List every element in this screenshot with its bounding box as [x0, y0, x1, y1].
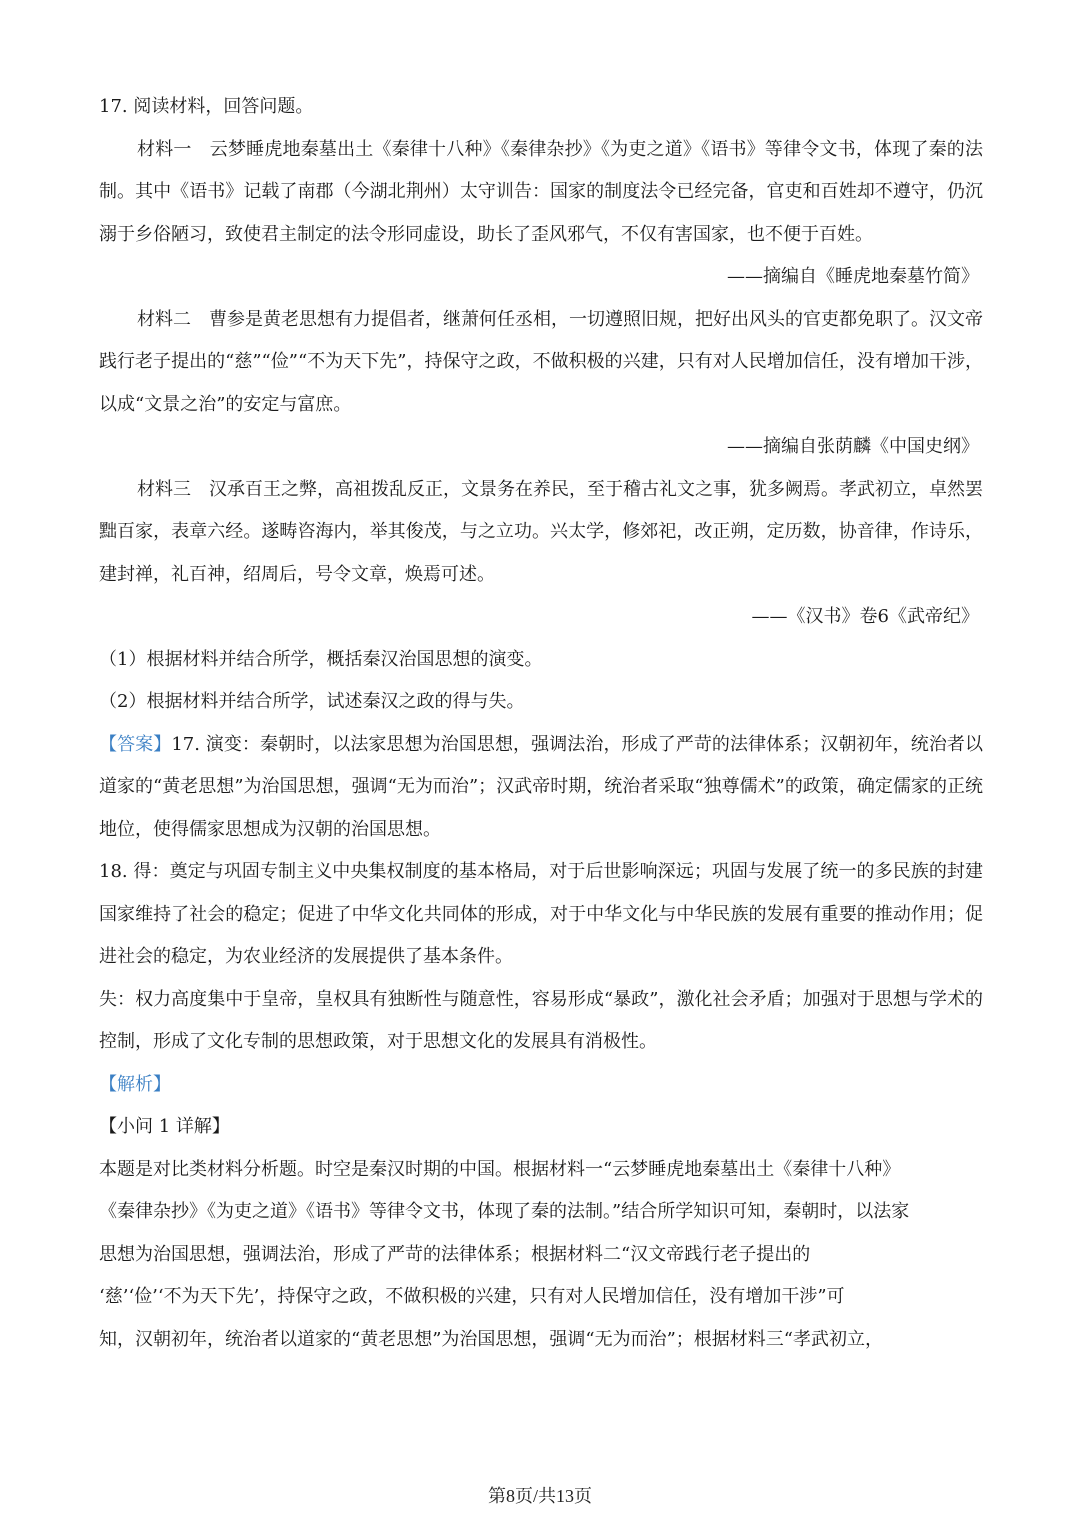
answer-label: 【答案】	[99, 734, 171, 755]
material-3-source: ——《汉书》卷6《武帝纪》	[99, 596, 983, 639]
material-2-text: 材料二 曹参是黄老思想有力提倡者，继萧何任丞相，一切遵照旧规，把好出风头的官吏都…	[99, 299, 983, 427]
material-3-text: 材料三 汉承百王之弊，高祖拨乱反正，文景务在养民，至于稽古礼文之事，犹多阙焉。孝…	[99, 469, 983, 597]
page-indicator: 第8页/共13页	[0, 1482, 1080, 1508]
sub-question-1: （1）根据材料并结合所学，概括秦汉治国思想的演变。	[99, 639, 983, 682]
answer-18-loss: 失：权力高度集中于皇帝，皇权具有独断性与随意性，容易形成“暴政”，激化社会矛盾；…	[99, 979, 983, 1064]
answer-18-gain: 18. 得：奠定与巩固专制主义中央集权制度的基本格局，对于后世影响深远；巩固与发…	[99, 851, 983, 979]
analysis-label: 【解析】	[99, 1064, 983, 1107]
analysis-line: ‘慈’‘俭’‘不为天下先’，持保守之政，不做积极的兴建，只有对人民增加信任，没有…	[99, 1276, 983, 1319]
document-page: 17. 阅读材料，回答问题。 材料一 云梦睡虎地秦墓出土《秦律十八种》《秦律杂抄…	[99, 86, 983, 1361]
material-1-text: 材料一 云梦睡虎地秦墓出土《秦律十八种》《秦律杂抄》《为吏之道》《语书》等律令文…	[99, 129, 983, 257]
material-2-source: ——摘编自张荫麟《中国史纲》	[99, 426, 983, 469]
sub-question-2: （2）根据材料并结合所学，试述秦汉之政的得与失。	[99, 681, 983, 724]
analysis-sub-label: 【小问 1 详解】	[99, 1106, 983, 1149]
analysis-line: 知，汉朝初年，统治者以道家的“黄老思想”为治国思想，强调“无为而治”；根据材料三…	[99, 1319, 983, 1362]
answer-17-text: 17. 演变：秦朝时，以法家思想为治国思想，强调法治，形成了严苛的法律体系；汉朝…	[99, 734, 983, 840]
analysis-line: 《秦律杂抄》《为吏之道》《语书》等律令文书，体现了秦的法制。”结合所学知识可知，…	[99, 1191, 983, 1234]
analysis-line: 本题是对比类材料分析题。时空是秦汉时期的中国。根据材料一“云梦睡虎地秦墓出土《秦…	[99, 1149, 983, 1192]
material-1-source: ——摘编自《睡虎地秦墓竹简》	[99, 256, 983, 299]
answer-17: 【答案】17. 演变：秦朝时，以法家思想为治国思想，强调法治，形成了严苛的法律体…	[99, 724, 983, 852]
analysis-line: 思想为治国思想，强调法治，形成了严苛的法律体系；根据材料二“汉文帝践行老子提出的	[99, 1234, 983, 1277]
question-title: 17. 阅读材料，回答问题。	[99, 86, 983, 129]
